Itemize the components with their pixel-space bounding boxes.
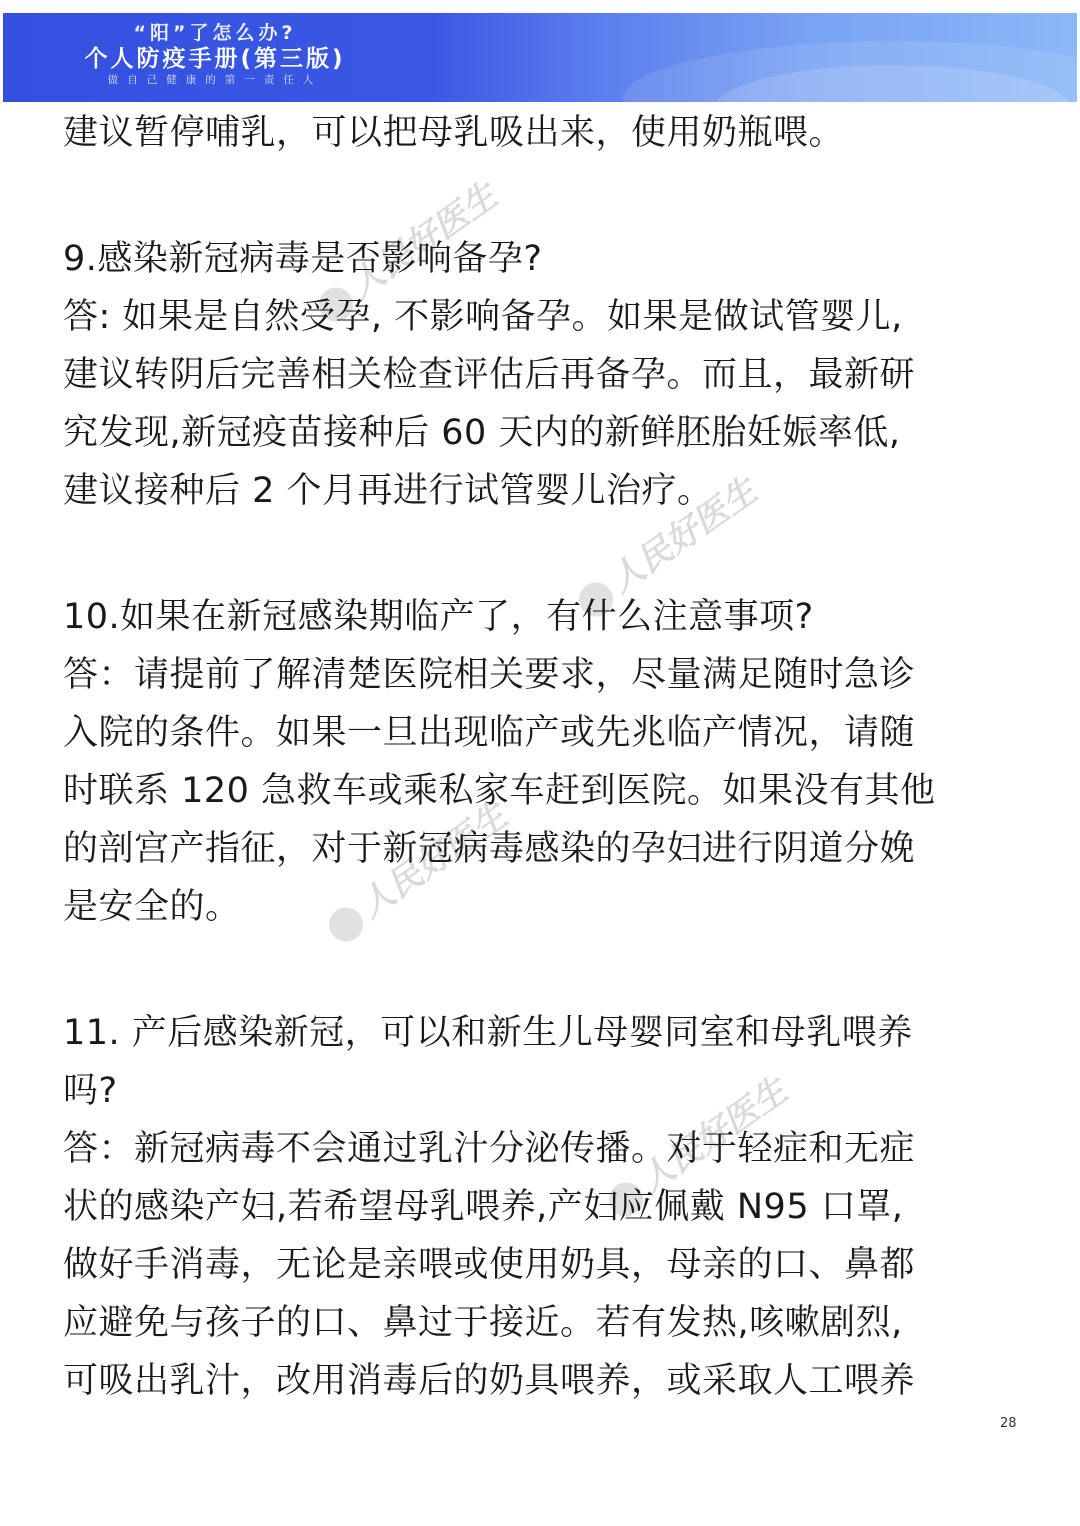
- qa-section-11: 11. 产后感染新冠，可以和新生儿母婴同室和母乳喂养 吗? 答：新冠病毒不会通过…: [63, 1004, 1023, 1410]
- answer-line: 状的感染产妇,若希望母乳喂养,产妇应佩戴 N95 口罩,: [63, 1178, 1023, 1236]
- answer-line: 建议接种后 2 个月再进行试管婴儿治疗。: [63, 462, 1023, 520]
- banner-question: “阳”了怎么办?: [65, 21, 365, 45]
- answer-line: 答：请提前了解清楚医院相关要求，尽量满足随时急诊: [63, 646, 1023, 704]
- question-heading: 10.如果在新冠感染期临产了，有什么注意事项?: [63, 588, 1023, 646]
- header-banner: “阳”了怎么办? 个人防疫手册(第三版) 做自己健康的第一责任人: [3, 13, 1077, 102]
- answer-line: 答: 如果是自然受孕, 不影响备孕。如果是做试管婴儿,: [63, 288, 1023, 346]
- answer-line: 究发现,新冠疫苗接种后 60 天内的新鲜胚胎妊娠率低,: [63, 404, 1023, 462]
- answer-line: 建议转阴后完善相关检查评估后再备孕。而且，最新研: [63, 346, 1023, 404]
- answer-line: 可吸出乳汁，改用消毒后的奶具喂养，或采取人工喂养: [63, 1352, 1023, 1410]
- document-body: 建议暂停哺乳，可以把母乳吸出来，使用奶瓶喂。 9.感染新冠病毒是否影响备孕? 答…: [63, 104, 1023, 1410]
- answer-line: 是安全的。: [63, 878, 1023, 936]
- banner-slogan: 做自己健康的第一责任人: [65, 73, 365, 87]
- question-heading: 9.感染新冠病毒是否影响备孕?: [63, 230, 1023, 288]
- answer-line: 的剖宫产指征，对于新冠病毒感染的孕妇进行阴道分娩: [63, 820, 1023, 878]
- answer-line: 应避免与孩子的口、鼻过于接近。若有发热,咳嗽剧烈,: [63, 1294, 1023, 1352]
- answer-line: 时联系 120 急救车或乘私家车赶到医院。如果没有其他: [63, 762, 1023, 820]
- answer-line: 做好手消毒，无论是亲喂或使用奶具，母亲的口、鼻都: [63, 1236, 1023, 1294]
- banner-title: 个人防疫手册(第三版): [65, 45, 365, 73]
- answer-line: 入院的条件。如果一旦出现临产或先兆临产情况，请随: [63, 704, 1023, 762]
- qa-section-10: 10.如果在新冠感染期临产了，有什么注意事项? 答：请提前了解清楚医院相关要求，…: [63, 588, 1023, 936]
- qa-section-9: 9.感染新冠病毒是否影响备孕? 答: 如果是自然受孕, 不影响备孕。如果是做试管…: [63, 230, 1023, 520]
- intro-text: 建议暂停哺乳，可以把母乳吸出来，使用奶瓶喂。: [63, 104, 1023, 162]
- page-number: 28: [1000, 1416, 1017, 1431]
- question-heading: 11. 产后感染新冠，可以和新生儿母婴同室和母乳喂养: [63, 1004, 1023, 1062]
- question-heading: 吗?: [63, 1062, 1023, 1120]
- banner-title-block: “阳”了怎么办? 个人防疫手册(第三版) 做自己健康的第一责任人: [65, 21, 365, 87]
- answer-line: 答：新冠病毒不会通过乳汁分泌传播。对于轻症和无症: [63, 1120, 1023, 1178]
